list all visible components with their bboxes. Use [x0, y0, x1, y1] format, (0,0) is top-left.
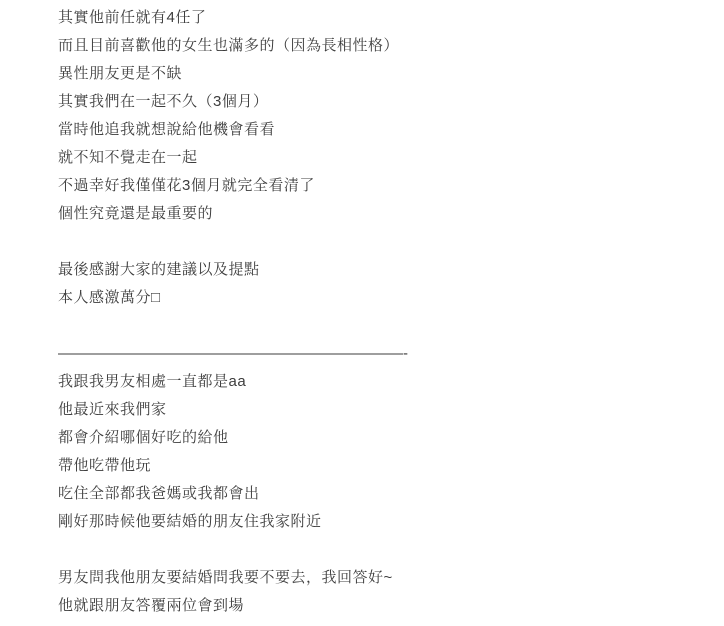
post-body: 其實他前任就有4任了 而且目前喜歡他的女生也滿多的（因為長相性格） 異性朋友更是…: [58, 4, 704, 620]
text-line: 吃住全部都我爸媽或我都會出: [58, 480, 704, 508]
blank-line: [58, 312, 704, 340]
text-line: 都會介紹哪個好吃的給他: [58, 424, 704, 452]
text-line: 異性朋友更是不缺: [58, 60, 704, 88]
text-line: 其實他前任就有4任了: [58, 4, 704, 32]
text-line-with-missing-glyph: 本人感激萬分□: [58, 284, 704, 312]
text-line: 個性究竟還是最重要的: [58, 200, 704, 228]
text-line: 其實我們在一起不久（3個月）: [58, 88, 704, 116]
blank-line: [58, 228, 704, 256]
text-line: 最後感謝大家的建議以及提點: [58, 256, 704, 284]
blank-line: [58, 536, 704, 564]
text-line: 帶他吃帶他玩: [58, 452, 704, 480]
text-line: 男友問我他朋友要結婚問我要不要去，我回答好~: [58, 564, 704, 592]
text-line: 就不知不覺走在一起: [58, 144, 704, 172]
text-line: 他最近來我們家: [58, 396, 704, 424]
separator-line: ———————————————————————-: [58, 340, 704, 368]
text-line: 當時他追我就想說給他機會看看: [58, 116, 704, 144]
text-line: 而且目前喜歡他的女生也滿多的（因為長相性格）: [58, 32, 704, 60]
text-line: 不過幸好我僅僅花3個月就完全看清了: [58, 172, 704, 200]
text-line: 剛好那時候他要結婚的朋友住我家附近: [58, 508, 704, 536]
document-page: 其實他前任就有4任了 而且目前喜歡他的女生也滿多的（因為長相性格） 異性朋友更是…: [0, 0, 724, 626]
text-line: 他就跟朋友答覆兩位會到場: [58, 592, 704, 620]
text-line: 我跟我男友相處一直都是aa: [58, 368, 704, 396]
